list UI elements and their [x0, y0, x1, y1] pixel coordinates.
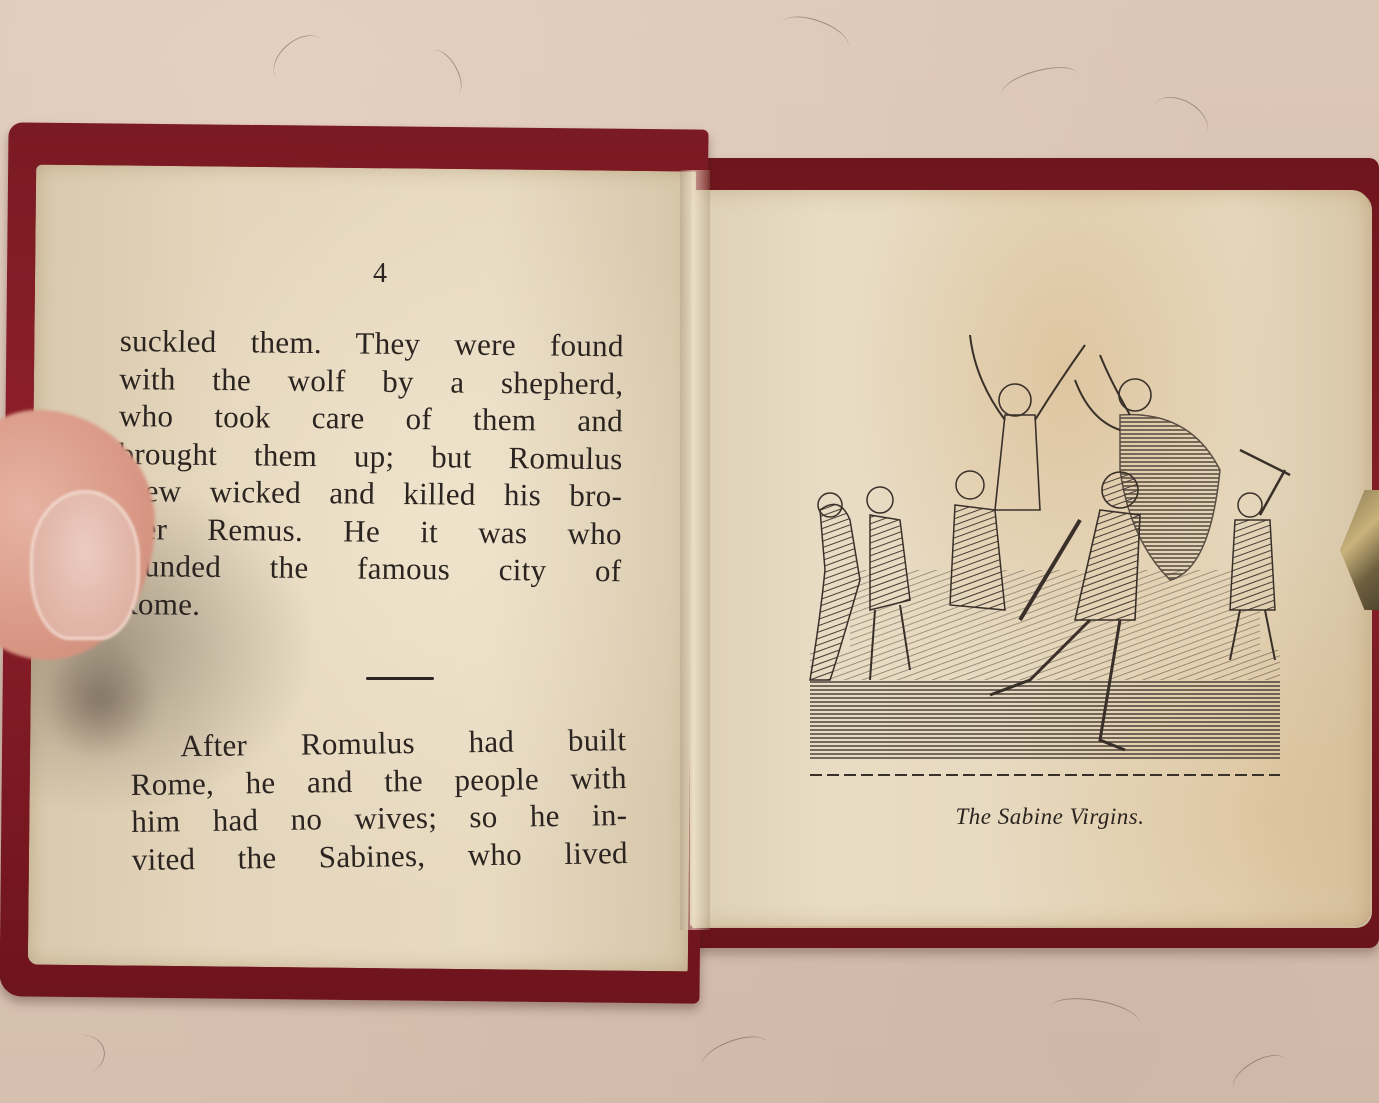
paper-fiber — [1227, 1047, 1294, 1103]
paper-fiber — [777, 9, 853, 61]
paper-fiber — [997, 60, 1082, 110]
paper-fiber — [422, 45, 469, 101]
text-line: grew wicked and killed his bro- — [118, 472, 622, 515]
paper-fiber — [1048, 992, 1142, 1037]
text-line: founded the famous city of — [117, 547, 621, 590]
text-line: vited the Sabines, who lived — [132, 834, 628, 878]
thumbnail — [30, 490, 140, 640]
text-line: with the wolf by a shepherd, — [119, 359, 623, 402]
engraving-sabine-virgins-icon — [790, 320, 1300, 780]
text-line: brought them up; but Romulus — [118, 434, 622, 477]
paper-fiber — [52, 1031, 108, 1079]
paper-fiber — [697, 1029, 773, 1081]
text-line: Rome. — [117, 584, 621, 627]
section-divider — [366, 677, 434, 680]
paragraph-1: suckled them. They were found with the w… — [117, 322, 624, 627]
paper-fiber — [264, 25, 336, 94]
page-number: 4 — [365, 258, 395, 290]
book-gutter — [680, 170, 710, 930]
illustration-caption: The Sabine Virgins. — [880, 804, 1220, 830]
text-line: who took care of them and — [119, 397, 623, 440]
paper-fiber — [1144, 88, 1216, 153]
text-line: him had no wives; so he in- — [131, 796, 627, 840]
text-line: suckled them. They were found — [120, 322, 624, 365]
text-line: After Romulus had built — [130, 721, 626, 765]
text-line: ther Remus. He it was who — [118, 509, 622, 552]
paragraph-2: After Romulus had built Rome, he and the… — [130, 721, 628, 878]
